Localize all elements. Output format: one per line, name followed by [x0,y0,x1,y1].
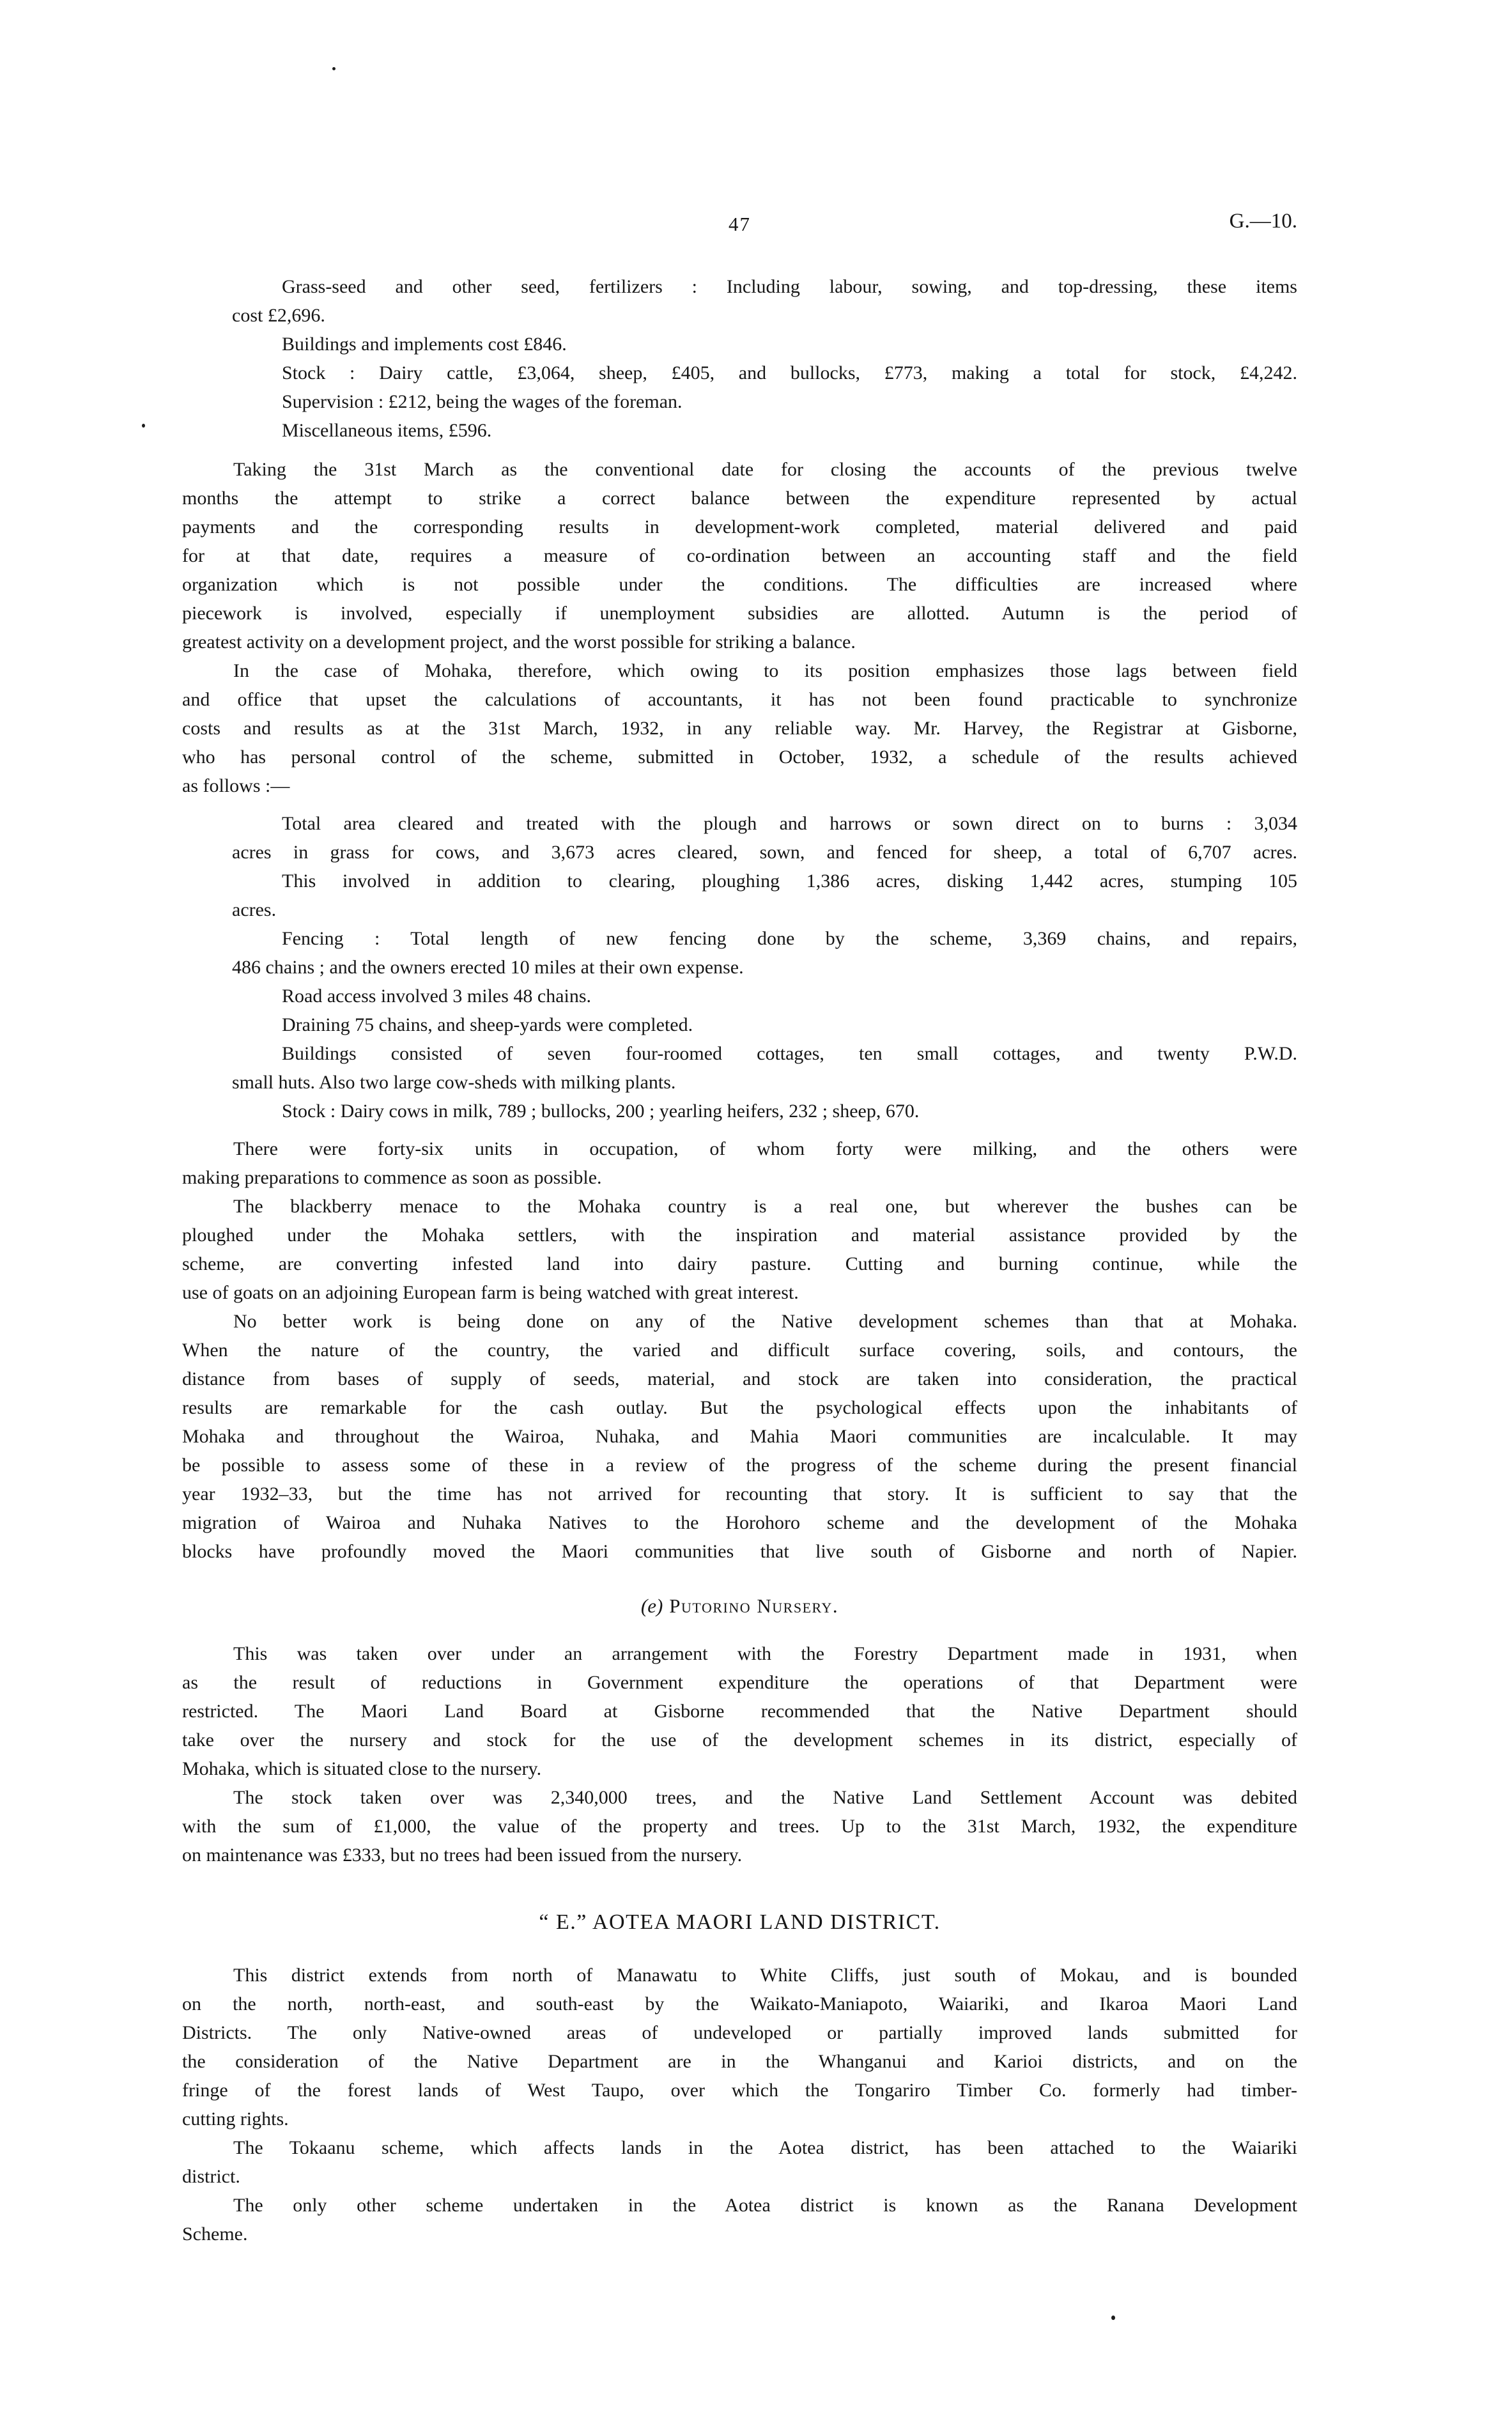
text-line: and office that upset the calculations o… [182,685,1297,714]
text-line: No better work is being done on any of t… [182,1307,1297,1336]
cost-summary-section: Grass-seed and other seed, fertilizers :… [182,272,1297,445]
text-line: Stock : Dairy cows in milk, 789 ; bulloc… [182,1097,1297,1125]
text-line: small huts. Also two large cow-sheds wit… [182,1068,1297,1097]
text-line: cost £2,696. [182,301,1297,330]
text-line: who has personal control of the scheme, … [182,743,1297,771]
paragraph-no-better-work: No better work is being done on any of t… [182,1307,1297,1566]
aotea-paragraph-3: The only other scheme undertaken in the … [182,2191,1297,2248]
text-line: Road access involved 3 miles 48 chains. [182,982,1297,1010]
aotea-district-heading: “ E.” AOTEA MAORI LAND DISTRICT. [182,1908,1297,1937]
aotea-paragraph-1: This district extends from north of Mana… [182,1961,1297,2133]
text-line: greatest activity on a development proje… [182,628,1297,656]
text-line: making preparations to commence as soon … [182,1163,1297,1192]
text-line: Supervision : £212, being the wages of t… [182,387,1297,416]
heading-title: Putorino Nursery. [669,1595,838,1617]
text-line: costs and results as at the 31st March, … [182,714,1297,743]
text-line: with the sum of £1,000, the value of the… [182,1812,1297,1841]
text-line: months the attempt to strike a correct b… [182,484,1297,513]
text-line: scheme, are converting infested land int… [182,1249,1297,1278]
putorino-paragraph-1: This was taken over under an arrangement… [182,1639,1297,1783]
text-line: be possible to assess some of these in a… [182,1451,1297,1480]
putorino-paragraph-2: The stock taken over was 2,340,000 trees… [182,1783,1297,1869]
text-line: There were forty-six units in occupation… [182,1134,1297,1163]
text-line: cutting rights. [182,2105,1297,2133]
text-line: 486 chains ; and the owners erected 10 m… [182,953,1297,982]
text-line: Fencing : Total length of new fencing do… [182,924,1297,953]
text-line: Stock : Dairy cattle, £3,064, sheep, £40… [182,359,1297,387]
text-line: Buildings and implements cost £846. [182,330,1297,359]
scan-speck [142,424,145,428]
text-line: The blackberry menace to the Mohaka coun… [182,1192,1297,1221]
paragraph-mohaka-synchronize: In the case of Mohaka, therefore, which … [182,656,1297,800]
text-line: year 1932–33, but the time has not arriv… [182,1480,1297,1508]
scan-speck [1111,2316,1115,2320]
text-line: This district extends from north of Mana… [182,1961,1297,1990]
text-line: take over the nursery and stock for the … [182,1726,1297,1754]
text-line: on maintenance was £333, but no trees ha… [182,1841,1297,1869]
text-line: Taking the 31st March as the conventiona… [182,455,1297,484]
text-line: In the case of Mohaka, therefore, which … [182,656,1297,685]
paragraph-blackberry-menace: The blackberry menace to the Mohaka coun… [182,1192,1297,1307]
text-line: ploughed under the Mohaka settlers, with… [182,1221,1297,1249]
text-line: Total area cleared and treated with the … [182,809,1297,838]
page-header: 47 G.—10. [182,210,1297,243]
document-reference: G.—10. [1230,207,1297,236]
text-line: Mohaka and throughout the Wairoa, Nuhaka… [182,1422,1297,1451]
text-line: distance from bases of supply of seeds, … [182,1365,1297,1393]
text-line: use of goats on an adjoining European fa… [182,1278,1297,1307]
paragraph-accounting-balance: Taking the 31st March as the conventiona… [182,455,1297,656]
page-number: 47 [182,210,1297,238]
text-line: payments and the corresponding results i… [182,513,1297,541]
text-block: 47 G.—10. Grass-seed and other seed, fer… [182,210,1297,2248]
text-line: The only other scheme undertaken in the … [182,2191,1297,2220]
results-schedule-list: Total area cleared and treated with the … [182,809,1297,1125]
text-line: migration of Wairoa and Nuhaka Natives t… [182,1508,1297,1537]
text-line: Draining 75 chains, and sheep-yards were… [182,1010,1297,1039]
text-line: Districts. The only Native-owned areas o… [182,2018,1297,2047]
text-line: district. [182,2162,1297,2191]
text-line: acres. [182,895,1297,924]
text-line: organization which is not possible under… [182,570,1297,599]
text-line: piecework is involved, especially if une… [182,599,1297,628]
text-line: The stock taken over was 2,340,000 trees… [182,1783,1297,1812]
putorino-nursery-heading: (e)Putorino Nursery. [182,1591,1297,1620]
aotea-paragraph-2: The Tokaanu scheme, which affects lands … [182,2133,1297,2191]
text-line: This involved in addition to clearing, p… [182,867,1297,895]
text-line: fringe of the forest lands of West Taupo… [182,2076,1297,2105]
paragraph-occupation-units: There were forty-six units in occupation… [182,1134,1297,1192]
text-line: Buildings consisted of seven four-roomed… [182,1039,1297,1068]
text-line: The Tokaanu scheme, which affects lands … [182,2133,1297,2162]
text-line: This was taken over under an arrangement… [182,1639,1297,1668]
text-line: the consideration of the Native Departme… [182,2047,1297,2076]
text-line: as follows :— [182,771,1297,800]
text-line: Miscellaneous items, £596. [182,416,1297,445]
heading-letter-label: (e) [641,1595,663,1617]
text-line: for at that date, requires a measure of … [182,541,1297,570]
text-line: Grass-seed and other seed, fertilizers :… [182,272,1297,301]
document-page: 47 G.—10. Grass-seed and other seed, fer… [0,0,1512,2428]
text-line: on the north, north-east, and south-east… [182,1990,1297,2018]
text-line: Mohaka, which is situated close to the n… [182,1754,1297,1783]
scan-speck [332,67,336,70]
text-line: as the result of reductions in Governmen… [182,1668,1297,1697]
text-line: acres in grass for cows, and 3,673 acres… [182,838,1297,867]
text-line: When the nature of the country, the vari… [182,1336,1297,1365]
text-line: Scheme. [182,2220,1297,2248]
text-line: blocks have profoundly moved the Maori c… [182,1537,1297,1566]
text-line: restricted. The Maori Land Board at Gisb… [182,1697,1297,1726]
text-line: results are remarkable for the cash outl… [182,1393,1297,1422]
